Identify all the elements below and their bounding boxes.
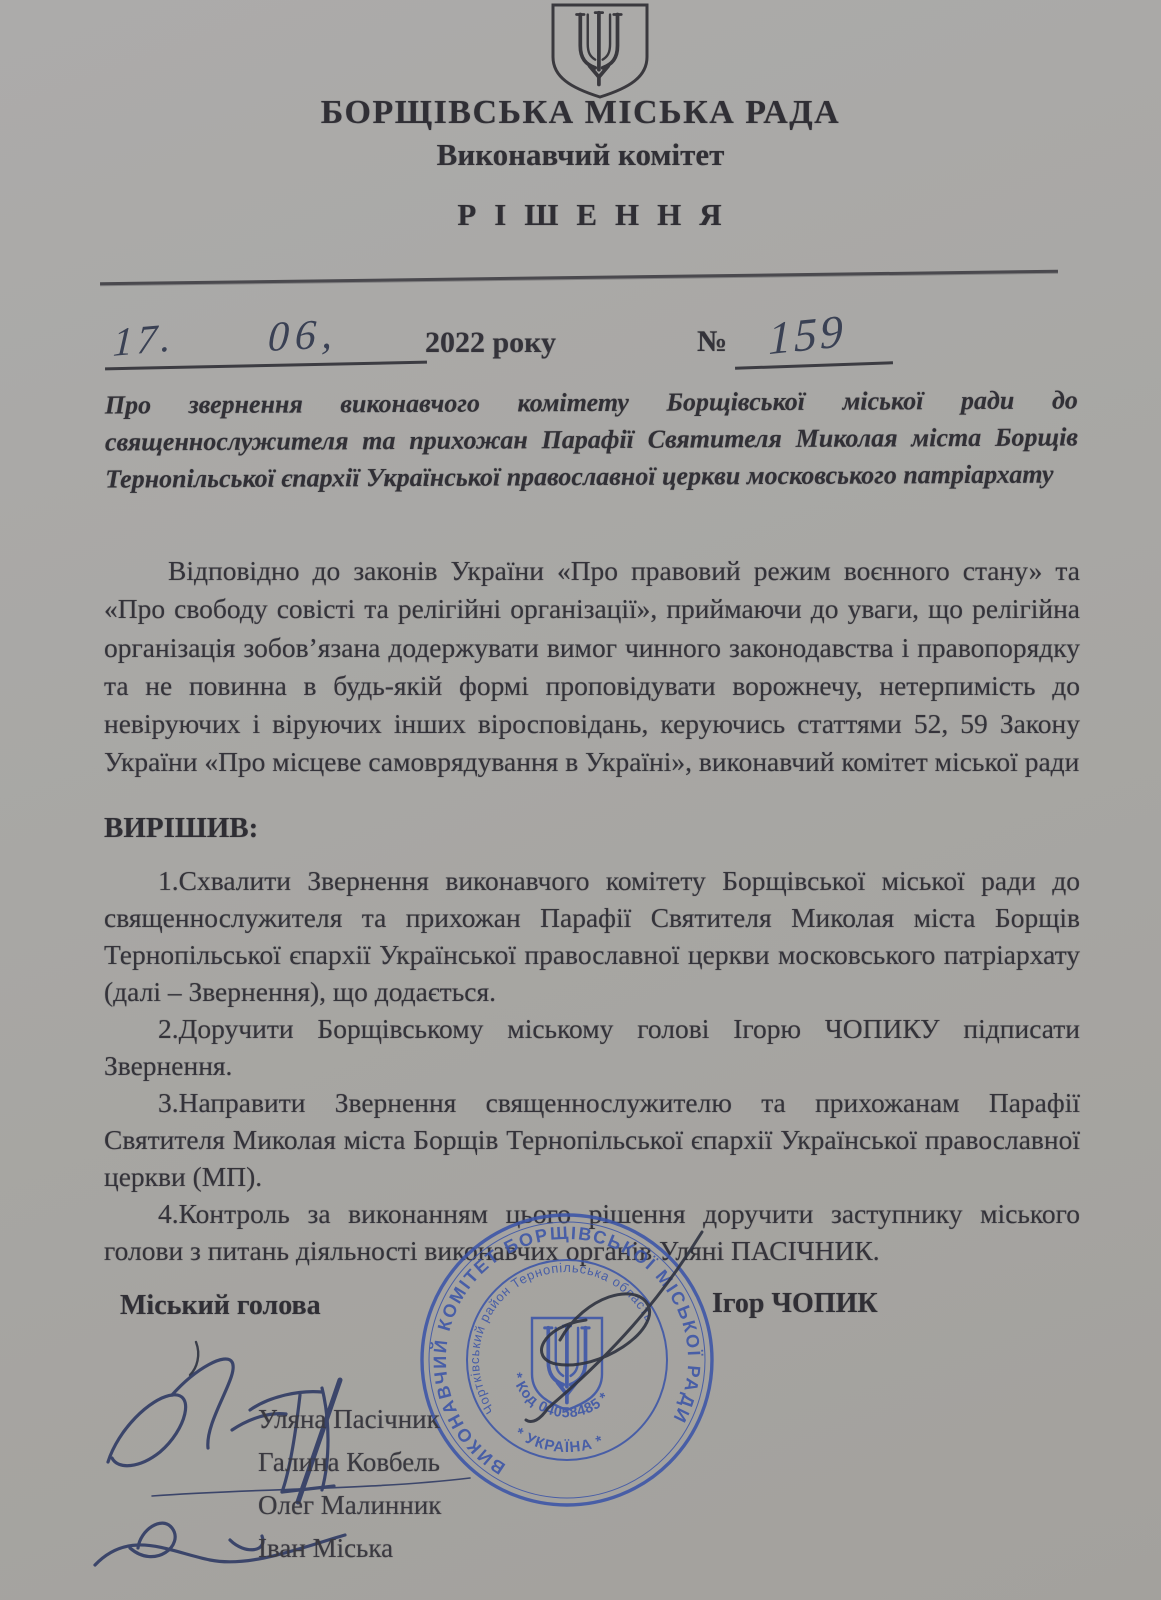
scanned-document-page: БОРЩІВСЬКА МІСЬКА РАДА Виконавчий коміте…	[0, 0, 1161, 1600]
header-divider-line	[100, 270, 1058, 286]
handwritten-number: 159	[768, 304, 846, 365]
stamp-district-text: Чортківський район Тернопільська область	[467, 1260, 658, 1417]
decision-item-2: 2.Доручити Борщівському міському голові …	[104, 1010, 1080, 1084]
number-underline	[735, 361, 893, 369]
trident-emblem-icon	[543, 2, 657, 100]
decision-item-1: 1.Схвалити Звернення виконавчого комітет…	[104, 862, 1080, 1010]
committee-title: Виконавчий комітет	[0, 137, 1161, 173]
official-round-stamp: ВИКОНАВЧИЙ КОМІТЕТ БОРЩІВСЬКОЇ МІСЬКОЇ Р…	[412, 1198, 722, 1518]
number-sign: №	[697, 325, 727, 359]
cosigner-name: Олег Малинник	[258, 1484, 441, 1527]
decision-item-3: 3.Направити Звернення священнослужителю …	[104, 1084, 1080, 1195]
stamp-code-text: * Код 04058485 *	[508, 1371, 613, 1421]
cosigner-name: Галина Ковбель	[258, 1441, 441, 1484]
cosigner-name-list: Уляна Пасічник Галина Ковбель Олег Малин…	[258, 1398, 441, 1570]
cosigner-name: Уляна Пасічник	[258, 1398, 441, 1441]
handwritten-day: 17.	[112, 313, 176, 366]
subject-paragraph: Про звернення виконавчого комітету Борщі…	[105, 381, 1079, 497]
signature-name: Ігор ЧОПИК	[712, 1288, 878, 1320]
preamble-paragraph: Відповідно до законів України «Про право…	[104, 552, 1080, 782]
svg-text:* Код 04058485 *: * Код 04058485 *	[508, 1371, 613, 1421]
document-type-title: РІШЕННЯ	[0, 197, 1161, 233]
date-number-row: 17. 06, 2022 року № 159	[105, 318, 1085, 378]
signature-role: Міський голова	[120, 1290, 321, 1322]
svg-text:Чортківський район Тернопільсь: Чортківський район Тернопільська область	[467, 1260, 658, 1417]
handwritten-month: 06,	[267, 310, 340, 362]
resolved-label: ВИРІШИВ:	[104, 812, 258, 845]
year-label: 2022 року	[425, 326, 556, 360]
cosigner-name: Іван Міська	[258, 1527, 441, 1570]
council-title: БОРЩІВСЬКА МІСЬКА РАДА	[0, 94, 1161, 132]
